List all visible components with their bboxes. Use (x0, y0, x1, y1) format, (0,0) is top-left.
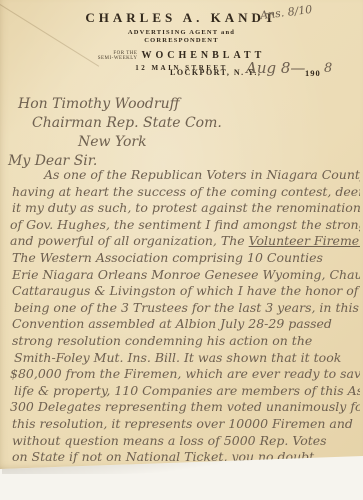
handwritten-address-line: Chairman Rep. State Com. (4, 115, 356, 134)
handwritten-body-line: having at heart the success of the comin… (4, 184, 360, 201)
handwritten-body-line: strong resolution condemning his action … (4, 333, 360, 350)
letterhead-paper-row: FOR THE SEMI-WEEKLY WOCHENBLATT (0, 50, 363, 61)
handwritten-address-line: Hon Timothy Woodruff (4, 96, 356, 115)
handwritten-year-digit: 8 (324, 61, 332, 76)
handwritten-body-line: without question means a loss of 5000 Re… (4, 433, 360, 450)
addressee-salutation-block: Hon Timothy WoodruffChairman Rep. State … (4, 96, 356, 172)
handwritten-body-line: and powerful of all organization, The Vo… (4, 233, 360, 250)
handwritten-body-line: it my duty as such, to protest against t… (4, 200, 360, 217)
handwritten-body-line: As one of the Republican Voters in Niaga… (4, 167, 360, 184)
handwritten-date: Aug 8— (246, 59, 305, 77)
letterhead-subtitle: ADVERTISING AGENT and CORRESPONDENT (0, 29, 363, 45)
handwritten-body-line: Convention assembled at Albion July 28-2… (4, 316, 360, 333)
handwritten-body-line: 300 Delegates representing them voted un… (4, 399, 360, 416)
letterhead-semi-weekly: SEMI-WEEKLY (98, 56, 138, 61)
handwritten-body-line: being one of the 3 Trustees for the last… (4, 300, 360, 317)
letterhead-subtitle-line1: ADVERTISING AGENT and (0, 29, 363, 37)
handwritten-body-line: The Western Association comprising 10 Co… (4, 250, 360, 267)
handwritten-body-line: of Gov. Hughes, the sentiment I find amo… (4, 217, 360, 234)
letterhead-for-the-semiweekly: FOR THE SEMI-WEEKLY (98, 51, 138, 61)
handwritten-address-line: New York (4, 134, 356, 153)
letterhead-subtitle-line2: CORRESPONDENT (0, 37, 363, 45)
handwritten-body-line: $80,000 from the Firemen, which are ever… (4, 366, 360, 383)
handwritten-body-line: this resolution, it represents over 1000… (4, 416, 360, 433)
handwritten-body-line: Erie Niagara Orleans Monroe Genesee Wyom… (4, 267, 360, 284)
handwritten-body-line: life & property, 110 Companies are membe… (4, 383, 360, 400)
handwritten-body-line: Smith-Foley Mut. Ins. Bill. It was shown… (4, 350, 360, 367)
underlined-phrase: Volunteer Firemen (249, 233, 360, 248)
letter-paper: CHARLES A. KANDT ADVERTISING AGENT and C… (0, 0, 363, 470)
scanned-letter-page: CHARLES A. KANDT ADVERTISING AGENT and C… (0, 0, 363, 500)
printed-year: 190 (305, 68, 321, 78)
letter-body: As one of the Republican Voters in Niaga… (4, 167, 360, 466)
handwritten-body-line: Cattaraugus & Livingston of which I have… (4, 283, 360, 300)
